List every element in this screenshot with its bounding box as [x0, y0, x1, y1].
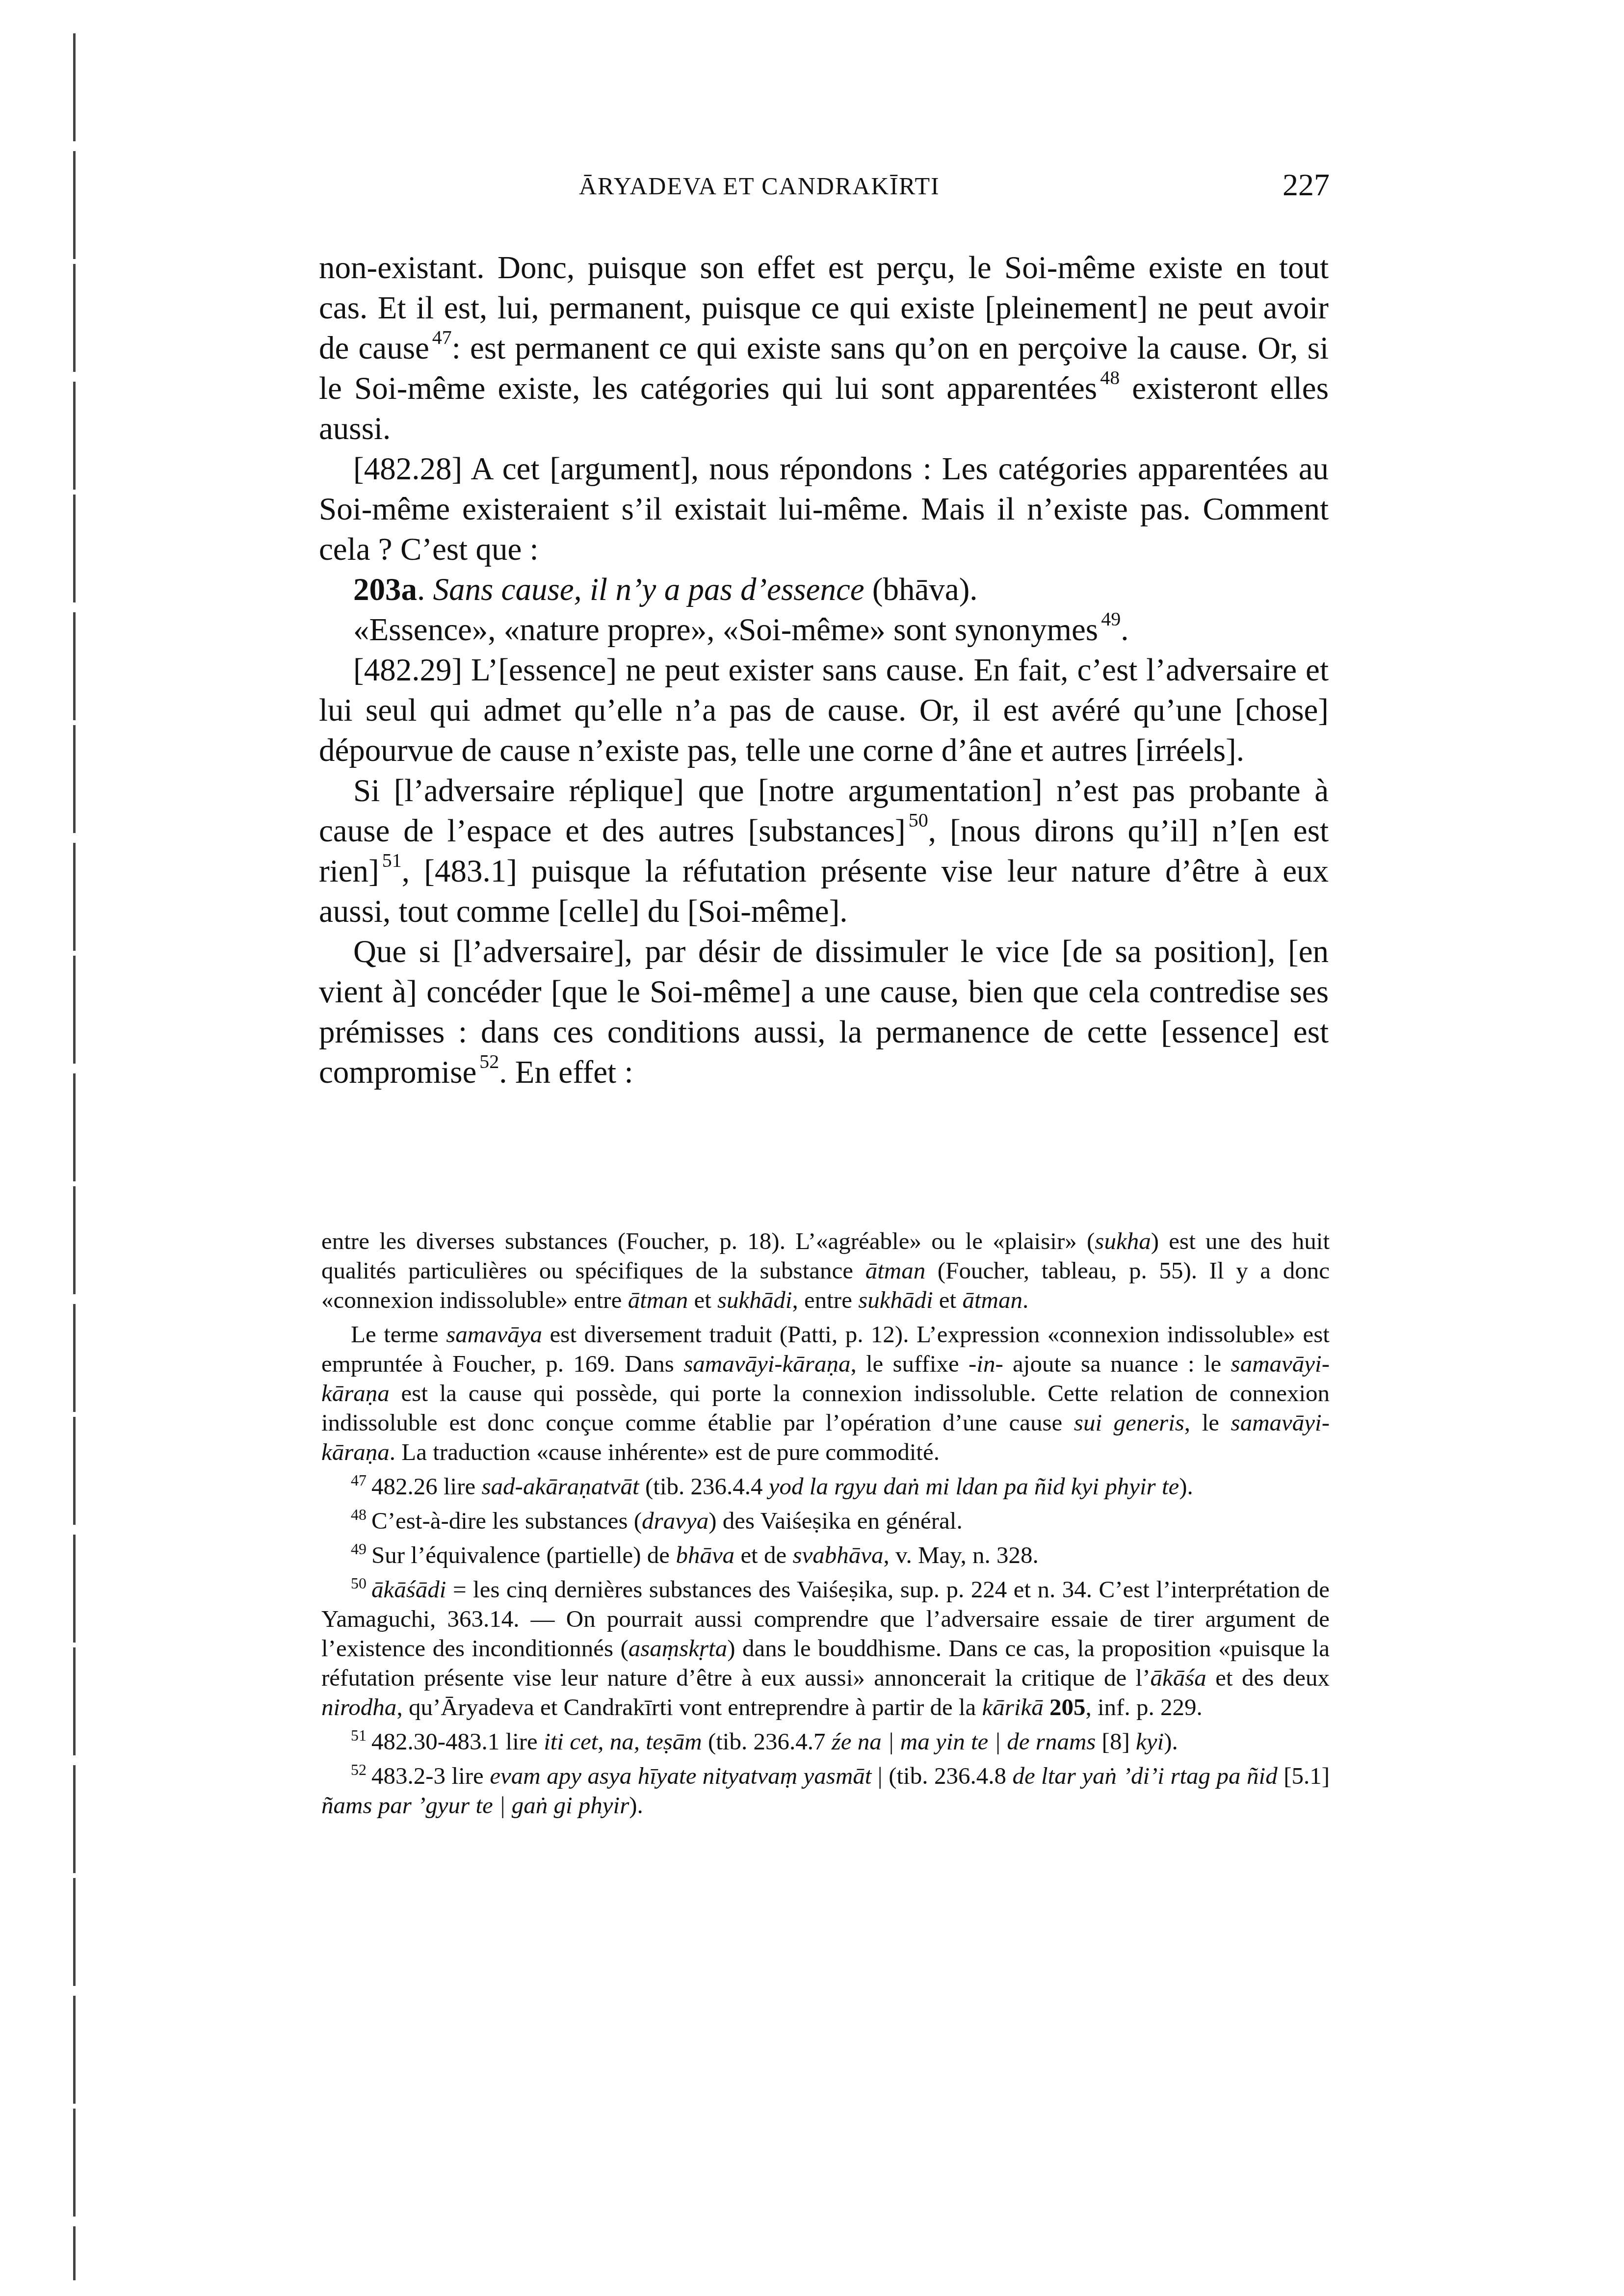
- footnote-continuation: Le terme samavāya est diversement tradui…: [321, 1320, 1330, 1467]
- paragraph: [482.29] L’[essence] ne peut exister san…: [319, 650, 1329, 771]
- footnote-ref[interactable]: 50: [909, 809, 928, 831]
- footnote-48: 48C’est-à-dire les substances (dravya) d…: [321, 1506, 1330, 1536]
- paragraph: [482.28] A cet [argument], nous répondon…: [319, 449, 1329, 570]
- footnote-continuation: entre les diverses substances (Foucher, …: [321, 1226, 1330, 1315]
- footnote-ref[interactable]: 51: [382, 849, 402, 871]
- karika-verse: 203a. Sans cause, il n’y a pas d’essence…: [319, 570, 1329, 610]
- paragraph: «Essence», «nature propre», «Soi-même» s…: [319, 610, 1329, 650]
- footnote-ref[interactable]: 52: [479, 1050, 499, 1072]
- body-text: non-existant. Donc, puisque son effet es…: [319, 248, 1329, 1093]
- running-head: Āryadeva et Candrakīrti: [579, 172, 1266, 200]
- scan-margin-line: [73, 33, 76, 2280]
- footnote-ref[interactable]: 48: [1100, 366, 1120, 389]
- footnote-49: 49Sur l’équivalence (partielle) de bhāva…: [321, 1540, 1330, 1570]
- paragraph: non-existant. Donc, puisque son effet es…: [319, 248, 1329, 449]
- footnote-ref[interactable]: 49: [1101, 608, 1121, 630]
- paragraph: Si [l’adversaire réplique] que [notre ar…: [319, 771, 1329, 932]
- footnotes: entre les diverses substances (Foucher, …: [321, 1226, 1330, 1820]
- footnote-52: 52483.2-3 lire evam apy asya hīyate nity…: [321, 1761, 1330, 1820]
- page-number: 227: [1256, 167, 1330, 203]
- karika-number: 203a: [353, 572, 417, 607]
- footnote-47: 47482.26 lire sad-akāraṇatvāt (tib. 236.…: [321, 1472, 1330, 1501]
- footnote-ref[interactable]: 47: [432, 326, 452, 348]
- footnote-51: 51482.30-483.1 lire iti cet, na, teṣām (…: [321, 1727, 1330, 1756]
- paragraph: Que si [l’adversaire], par désir de diss…: [319, 932, 1329, 1093]
- footnote-50: 50ākāśādi = les cinq dernières substance…: [321, 1575, 1330, 1722]
